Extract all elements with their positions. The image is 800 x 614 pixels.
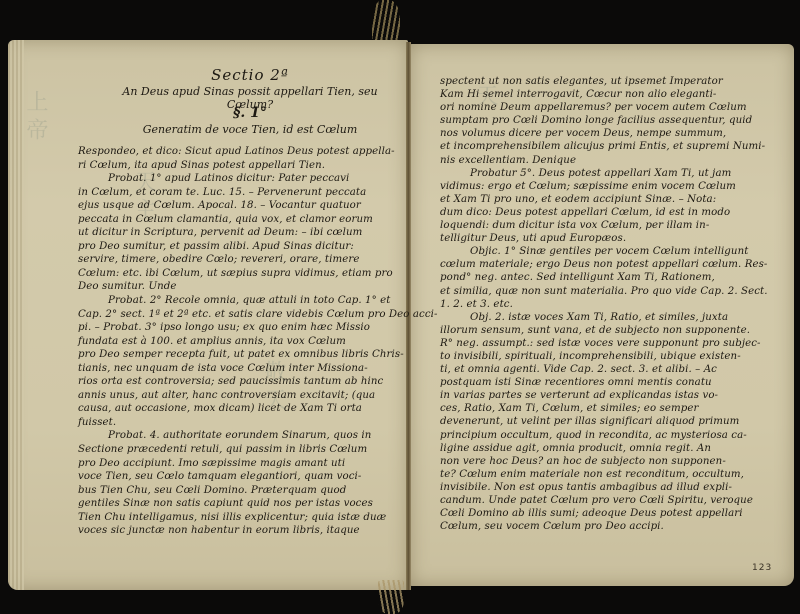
text-line: invisibile. Non est opus tantis ambagibu… bbox=[440, 481, 770, 494]
text-line: Obj. 2. istæ voces Xam Ti, Ratio, et sim… bbox=[440, 311, 770, 324]
text-line: principium occultum, quod in recondita, … bbox=[440, 429, 770, 442]
text-line: voces sic junctæ non habentur in eorum l… bbox=[78, 524, 403, 538]
bleed-through-characters: 上帝 bbox=[20, 90, 51, 146]
text-line: Cœli Domino ab illis sumi; adeoque Deus … bbox=[440, 507, 770, 520]
text-line: vidimus: ergo et Cœlum; sæpissime enim v… bbox=[440, 180, 770, 193]
left-page-body: Respondeo, et dico: Sicut apud Latinos D… bbox=[78, 145, 403, 538]
text-line: bus Tien Chu, seu Cœli Domino. Præterqua… bbox=[78, 484, 403, 498]
text-line: pro Deo semper recepta fuit, ut patet ex… bbox=[78, 348, 403, 362]
text-line: ut dicitur in Scriptura, pervenit ad Deu… bbox=[78, 226, 403, 240]
text-line: Tien Chu intelligamus, nisi illis explic… bbox=[78, 511, 403, 525]
text-line: tianis, nec unquam de ista voce Cœlum in… bbox=[78, 362, 403, 376]
text-line: illorum sensum, sunt vana, et de subject… bbox=[440, 324, 770, 337]
text-line: Probat. 1° apud Latinos dicitur: Pater p… bbox=[78, 172, 403, 186]
section-heading: Sectio 2ª bbox=[100, 66, 400, 84]
text-line: nos volumus dicere per vocem Deus, nempe… bbox=[440, 127, 770, 140]
text-line: pro Deo accipiunt. Imo sæpissime magis a… bbox=[78, 457, 403, 471]
text-line: R° neg. assumpt.: sed istæ voces vere su… bbox=[440, 337, 770, 350]
folio-number: 123 bbox=[752, 563, 772, 573]
text-line: cœlum materiale; ergo Deus non potest ap… bbox=[440, 258, 770, 271]
text-line: peccata in Cœlum clamantia, quia vox, et… bbox=[78, 213, 403, 227]
text-line: to invisibili, spirituali, incomprehensi… bbox=[440, 350, 770, 363]
text-line: causa, aut occasione, mox dicam) licet d… bbox=[78, 402, 403, 416]
text-line: ejus usque ad Cœlum. Apocal. 18. – Vocan… bbox=[78, 199, 403, 213]
text-line: telligitur Deus, uti apud Europæos. bbox=[440, 232, 770, 245]
text-line: rios orta est controversia; sed paucissi… bbox=[78, 375, 403, 389]
text-line: fuisset. bbox=[78, 416, 403, 430]
text-line: pro Deo sumitur, et passim alibi. Apud S… bbox=[78, 240, 403, 254]
binding-thread-bottom bbox=[378, 580, 404, 614]
text-line: et incomprehensibilem alicujus primi Ent… bbox=[440, 140, 770, 153]
text-line: Probat. 4. authoritate eorundem Sinarum,… bbox=[78, 429, 403, 443]
text-line: 1. 2. et 3. etc. bbox=[440, 298, 770, 311]
text-line: nis excellentiam. Denique bbox=[440, 154, 770, 167]
right-page-body: spectent ut non satis elegantes, ut ipse… bbox=[440, 75, 770, 533]
text-line: pond° neg. antec. Sed intelligunt Xam Ti… bbox=[440, 271, 770, 284]
text-line: fundata est à 100. et amplius annis, ita… bbox=[78, 335, 403, 349]
paragraph-title: Generatim de voce Tien, id est Cœlum bbox=[100, 123, 400, 136]
text-line: Sectione præcedenti retuli, qui passim i… bbox=[78, 443, 403, 457]
text-line: Cœlum, seu vocem Cœlum pro Deo accipi. bbox=[440, 520, 770, 533]
text-line: Kam Hi semel interrogavit, Cœcur non ali… bbox=[440, 88, 770, 101]
text-line: gentiles Sinæ non satis capiunt quid nos… bbox=[78, 497, 403, 511]
text-line: servire, timere, obedire Cœlo; revereri,… bbox=[78, 253, 403, 267]
text-line: candum. Unde patet Cœlum pro vero Cœli S… bbox=[440, 494, 770, 507]
text-line: annis unus, aut alter, hanc controversia… bbox=[78, 389, 403, 403]
text-line: dum dico: Deus potest appellari Cœlum, i… bbox=[440, 206, 770, 219]
text-line: ori nomine Deum appellaremus? per vocem … bbox=[440, 101, 770, 114]
text-line: non vere hoc Deus? an hoc de subjecto no… bbox=[440, 455, 770, 468]
text-line: te? Cœlum enim materiale non est recondi… bbox=[440, 468, 770, 481]
text-line: postquam isti Sinæ recentiores omni ment… bbox=[440, 376, 770, 389]
text-line: et similia, quæ non sunt materialia. Pro… bbox=[440, 285, 770, 298]
text-line: Probat. 2° Recole omnia, quæ attuli in t… bbox=[78, 294, 403, 308]
text-line: ligine assidue agit, omnia producit, omn… bbox=[440, 442, 770, 455]
text-line: sumptam pro Cœli Domino longe facilius a… bbox=[440, 114, 770, 127]
text-line: Deo sumitur. Unde bbox=[78, 280, 403, 294]
text-line: voce Tien, seu Cœlo tamquam elegantiori,… bbox=[78, 470, 403, 484]
text-line: ri Cœlum, ita apud Sinas potest appellar… bbox=[78, 159, 403, 173]
text-line: in varias partes se verterunt ad explica… bbox=[440, 389, 770, 402]
text-line: in Cœlum, et coram te. Luc. 15. – Perven… bbox=[78, 186, 403, 200]
text-line: Cœlum: etc. ibi Cœlum, ut sæpius supra v… bbox=[78, 267, 403, 281]
text-line: ces, Ratio, Xam Ti, Cœlum, et similes; e… bbox=[440, 402, 770, 415]
manuscript-spread: 上帝 天主 敬天 天 Sectio 2ª An Deus apud Sinas … bbox=[0, 0, 800, 614]
text-line: Cap. 2° sect. 1ª et 2ª etc. et satis cla… bbox=[78, 308, 403, 322]
text-line: ti, et omnia agenti. Vide Cap. 2. sect. … bbox=[440, 363, 770, 376]
text-line: devenerunt, ut velint per illas signific… bbox=[440, 415, 770, 428]
text-line: pi. – Probat. 3° ipso longo usu; ex quo … bbox=[78, 321, 403, 335]
text-line: et Xam Ti pro uno, et eodem accipiunt Si… bbox=[440, 193, 770, 206]
text-line: loquendi: dum dicitur ista vox Cœlum, pe… bbox=[440, 219, 770, 232]
text-line: Respondeo, et dico: Sicut apud Latinos D… bbox=[78, 145, 403, 159]
paragraph-mark: §. 1° bbox=[100, 105, 400, 121]
text-line: Objic. 1° Sinæ gentiles per vocem Cœlum … bbox=[440, 245, 770, 258]
text-line: spectent ut non satis elegantes, ut ipse… bbox=[440, 75, 770, 88]
text-line: Probatur 5°. Deus potest appellari Xam T… bbox=[440, 167, 770, 180]
